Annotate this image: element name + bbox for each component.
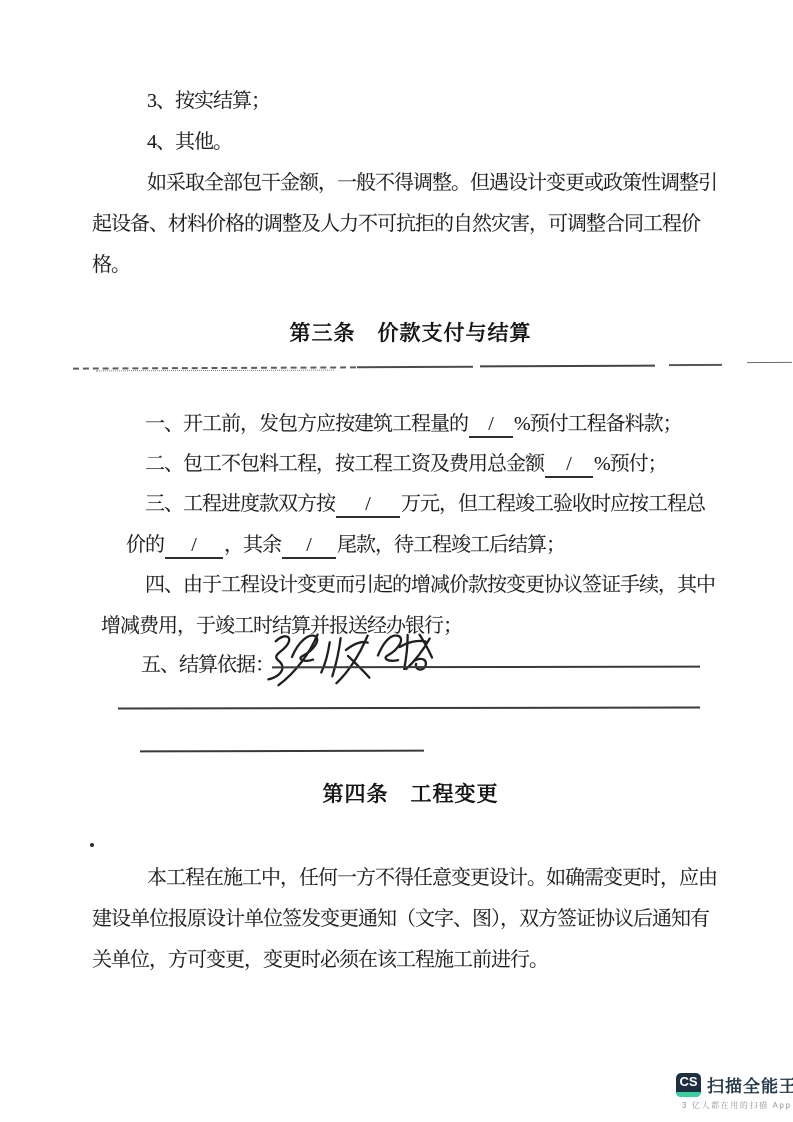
blank-slash: / bbox=[306, 534, 312, 556]
payment-clause-2: 二、包工不包料工程，按工程工资及费用总金额/%预付； bbox=[145, 447, 667, 478]
fill-in-blank: / bbox=[282, 534, 336, 559]
clause-text: %预付工程备料款； bbox=[514, 413, 682, 435]
settlement-option-3: 3、按实结算； bbox=[147, 84, 270, 113]
fill-in-blank: / bbox=[165, 534, 223, 559]
settlement-option-4: 4、其他。 bbox=[147, 125, 232, 154]
lumpsum-paragraph-line1: 如采取全部包干金额，一般不得调整。但遇设计变更或政策性调整引 bbox=[147, 166, 717, 195]
clause-text: 价的 bbox=[126, 534, 164, 556]
scanned-contract-page: 3、按实结算； 4、其他。 如采取全部包干金额，一般不得调整。但遇设计变更或政策… bbox=[0, 0, 793, 1122]
payment-clause-3-line2: 价的/，其余/尾款，待工程竣工后结算； bbox=[126, 528, 565, 559]
scan-artifact-segment bbox=[480, 365, 655, 368]
ink-speck bbox=[90, 843, 94, 847]
lumpsum-paragraph-line3: 格。 bbox=[92, 248, 130, 277]
answer-line-3 bbox=[140, 750, 424, 753]
payment-clause-5-label: 五、结算依据： bbox=[141, 648, 274, 677]
logo-teal-strip bbox=[676, 1092, 701, 1097]
clause-text: 二、包工不包料工程，按工程工资及费用总金额 bbox=[145, 453, 544, 475]
blank-slash: / bbox=[365, 493, 371, 515]
clause-text: 尾款，待工程竣工后结算； bbox=[337, 534, 565, 556]
answer-line-1 bbox=[272, 666, 700, 669]
change-paragraph-line1: 本工程在施工中，任何一方不得任意变更设计。如确需变更时，应由 bbox=[147, 861, 717, 890]
scan-artifact-segment bbox=[357, 366, 473, 368]
camscanner-logo-icon: CS bbox=[676, 1073, 701, 1097]
fill-in-blank: / bbox=[545, 453, 593, 478]
clause-text: 一、开工前，发包方应按建筑工程量的 bbox=[145, 413, 468, 435]
scan-artifact-segment bbox=[96, 370, 334, 372]
fill-in-blank: / bbox=[469, 413, 513, 438]
payment-clause-1: 一、开工前，发包方应按建筑工程量的/%预付工程备料款； bbox=[145, 407, 682, 438]
fill-in-blank: / bbox=[336, 493, 400, 518]
camscanner-watermark: CS 扫描全能王TM 3 亿人都在用的扫描 App bbox=[676, 1072, 793, 1111]
logo-cs-text: CS bbox=[676, 1074, 701, 1089]
clause-text: 万元，但工程竣工验收时应按工程总 bbox=[401, 493, 705, 515]
change-paragraph-line2: 建设单位报原设计单位签发变更通知（文字、图），双方签证协议后通知有 bbox=[92, 902, 709, 931]
brand-text: 扫描全能王 bbox=[707, 1077, 793, 1096]
payment-clause-4-line1: 四、由于工程设计变更而引起的增减价款按变更协议签证手续，其中 bbox=[145, 568, 715, 597]
watermark-tagline: 3 亿人都在用的扫描 App bbox=[682, 1100, 793, 1111]
answer-line-2 bbox=[118, 706, 700, 709]
article-4-heading: 第四条 工程变更 bbox=[14, 778, 793, 808]
blank-slash: / bbox=[566, 453, 572, 475]
clause-text: ，其余 bbox=[224, 534, 281, 556]
blank-slash: / bbox=[488, 413, 494, 435]
clause-text: 三、工程进度款双方按 bbox=[145, 493, 335, 515]
change-paragraph-line3: 关单位，方可变更，变更时必须在该工程施工前进行。 bbox=[92, 943, 548, 972]
clause-text: %预付； bbox=[594, 453, 667, 475]
scan-artifact-segment bbox=[747, 362, 792, 363]
watermark-brand-name: 扫描全能王TM bbox=[707, 1072, 793, 1097]
article-3-heading: 第三条 价款支付与结算 bbox=[14, 317, 793, 347]
blank-slash: / bbox=[191, 534, 197, 556]
handwritten-signature bbox=[257, 624, 436, 691]
payment-clause-3-line1: 三、工程进度款双方按/万元，但工程竣工验收时应按工程总 bbox=[145, 487, 705, 518]
lumpsum-paragraph-line2: 起设备、材料价格的调整及人力不可抗拒的自然灾害，可调整合同工程价 bbox=[92, 207, 700, 236]
scan-artifact-segment bbox=[669, 364, 722, 366]
